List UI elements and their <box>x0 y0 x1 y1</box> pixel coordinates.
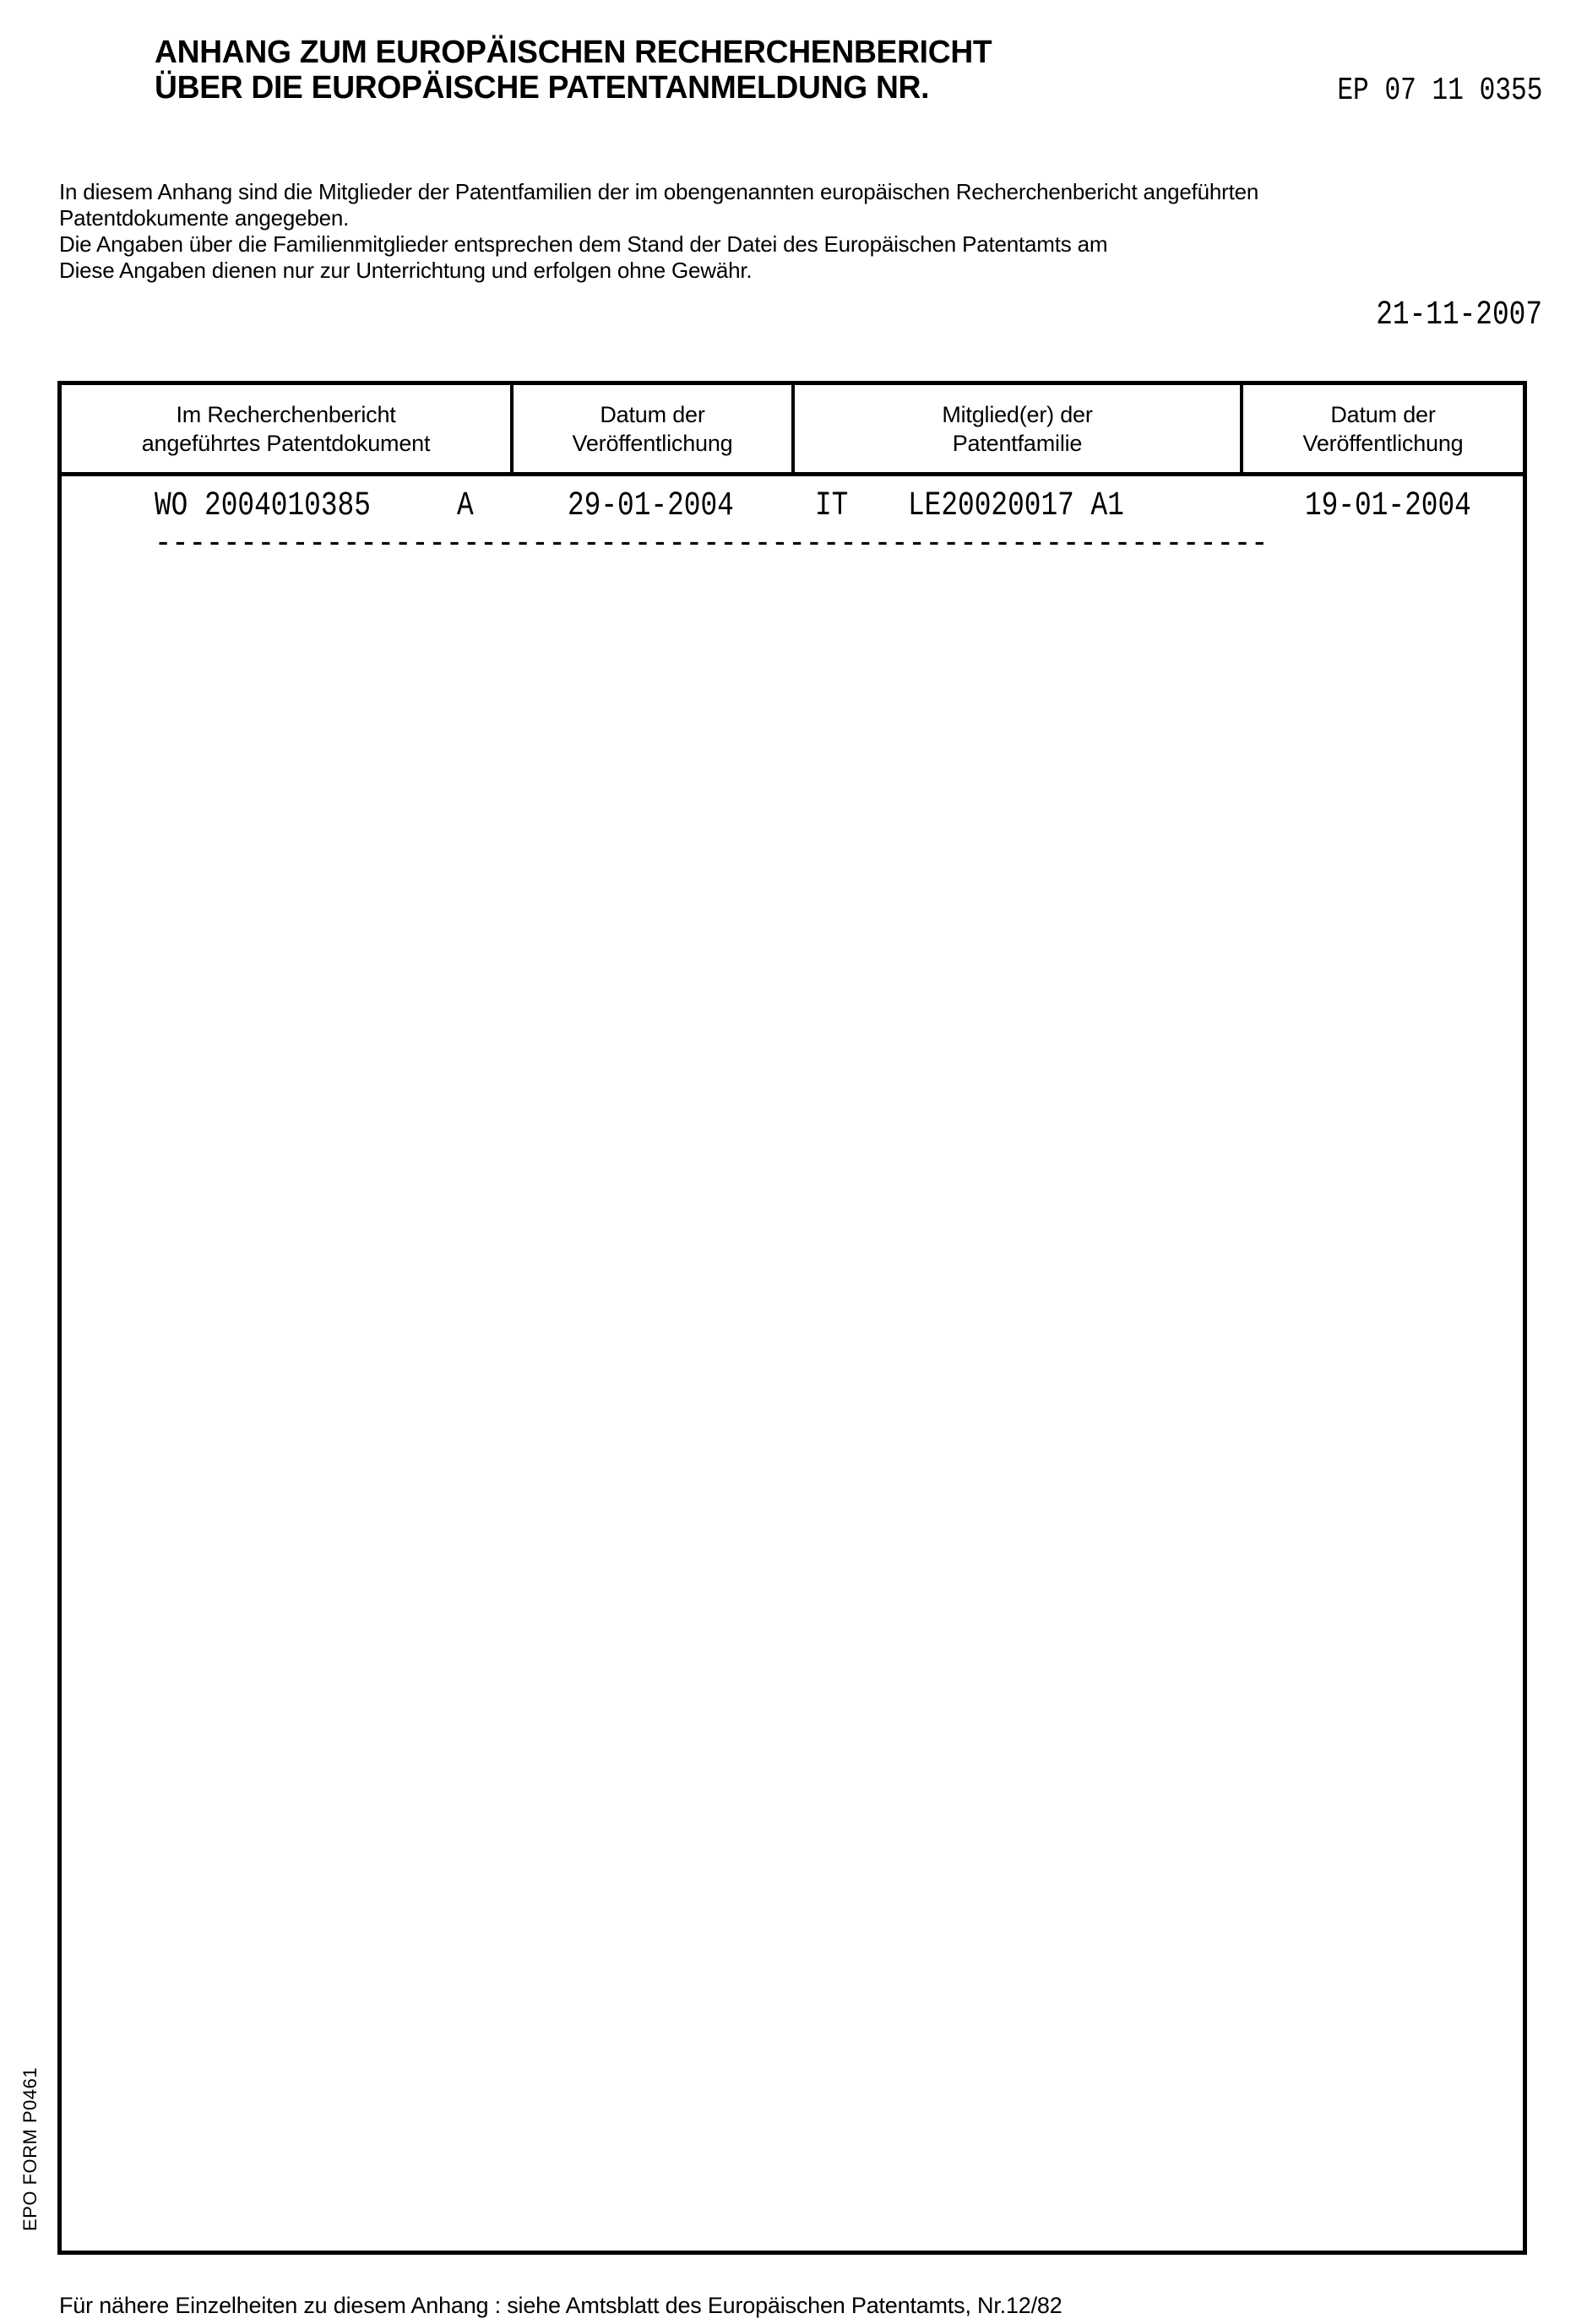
intro-paragraph: In diesem Anhang sind die Mitglieder der… <box>59 179 1529 284</box>
intro-line: Patentdokumente angegeben. <box>59 205 1529 231</box>
header-line: Veröffentlichung <box>1243 429 1523 458</box>
header-line: Patentfamilie <box>795 429 1240 458</box>
footer-note: Für nähere Einzelheiten zu diesem Anhang… <box>59 2292 1062 2319</box>
intro-line: In diesem Anhang sind die Mitglieder der… <box>59 179 1529 205</box>
intro-line: Die Angaben über die Familienmitglieder … <box>59 231 1529 258</box>
row-separator: ----------------------------------------… <box>155 526 1268 563</box>
header-line: Mitglied(er) der <box>795 400 1240 429</box>
header-line: Veröffentlichung <box>514 429 791 458</box>
report-date: 21-11-2007 <box>1376 297 1542 334</box>
header-line: Datum der <box>1243 400 1523 429</box>
header-line: Im Recherchenbericht <box>62 400 510 429</box>
application-number: EP 07 11 0355 <box>1337 74 1542 108</box>
header-line: angeführtes Patentdokument <box>62 429 510 458</box>
column-header-family-publication-date: Datum der Veröffentlichung <box>1243 400 1523 468</box>
column-header-publication-date: Datum der Veröffentlichung <box>514 400 791 468</box>
family-publication-date: 19-01-2004 <box>1305 488 1471 525</box>
cited-document: WO 2004010385 <box>155 488 371 525</box>
family-country: IT <box>815 488 848 525</box>
family-member: LE20020017 A1 <box>908 488 1124 525</box>
publication-date: 29-01-2004 <box>568 488 734 525</box>
document-kind: A <box>457 488 474 525</box>
patent-family-table: Im Recherchenbericht angeführtes Patentd… <box>57 381 1527 2255</box>
column-header-family-members: Mitglied(er) der Patentfamilie <box>795 400 1240 468</box>
header-line: Datum der <box>514 400 791 429</box>
header-divider <box>62 472 1523 476</box>
report-title-line2: ÜBER DIE EUROPÄISCHE PATENTANMELDUNG NR. <box>155 71 929 105</box>
intro-line: Diese Angaben dienen nur zur Unterrichtu… <box>59 258 1529 284</box>
report-title-line1: ANHANG ZUM EUROPÄISCHEN RECHERCHENBERICH… <box>155 35 992 69</box>
column-header-cited-document: Im Recherchenbericht angeführtes Patentd… <box>62 400 510 468</box>
form-label: EPO FORM P0461 <box>20 2067 41 2231</box>
